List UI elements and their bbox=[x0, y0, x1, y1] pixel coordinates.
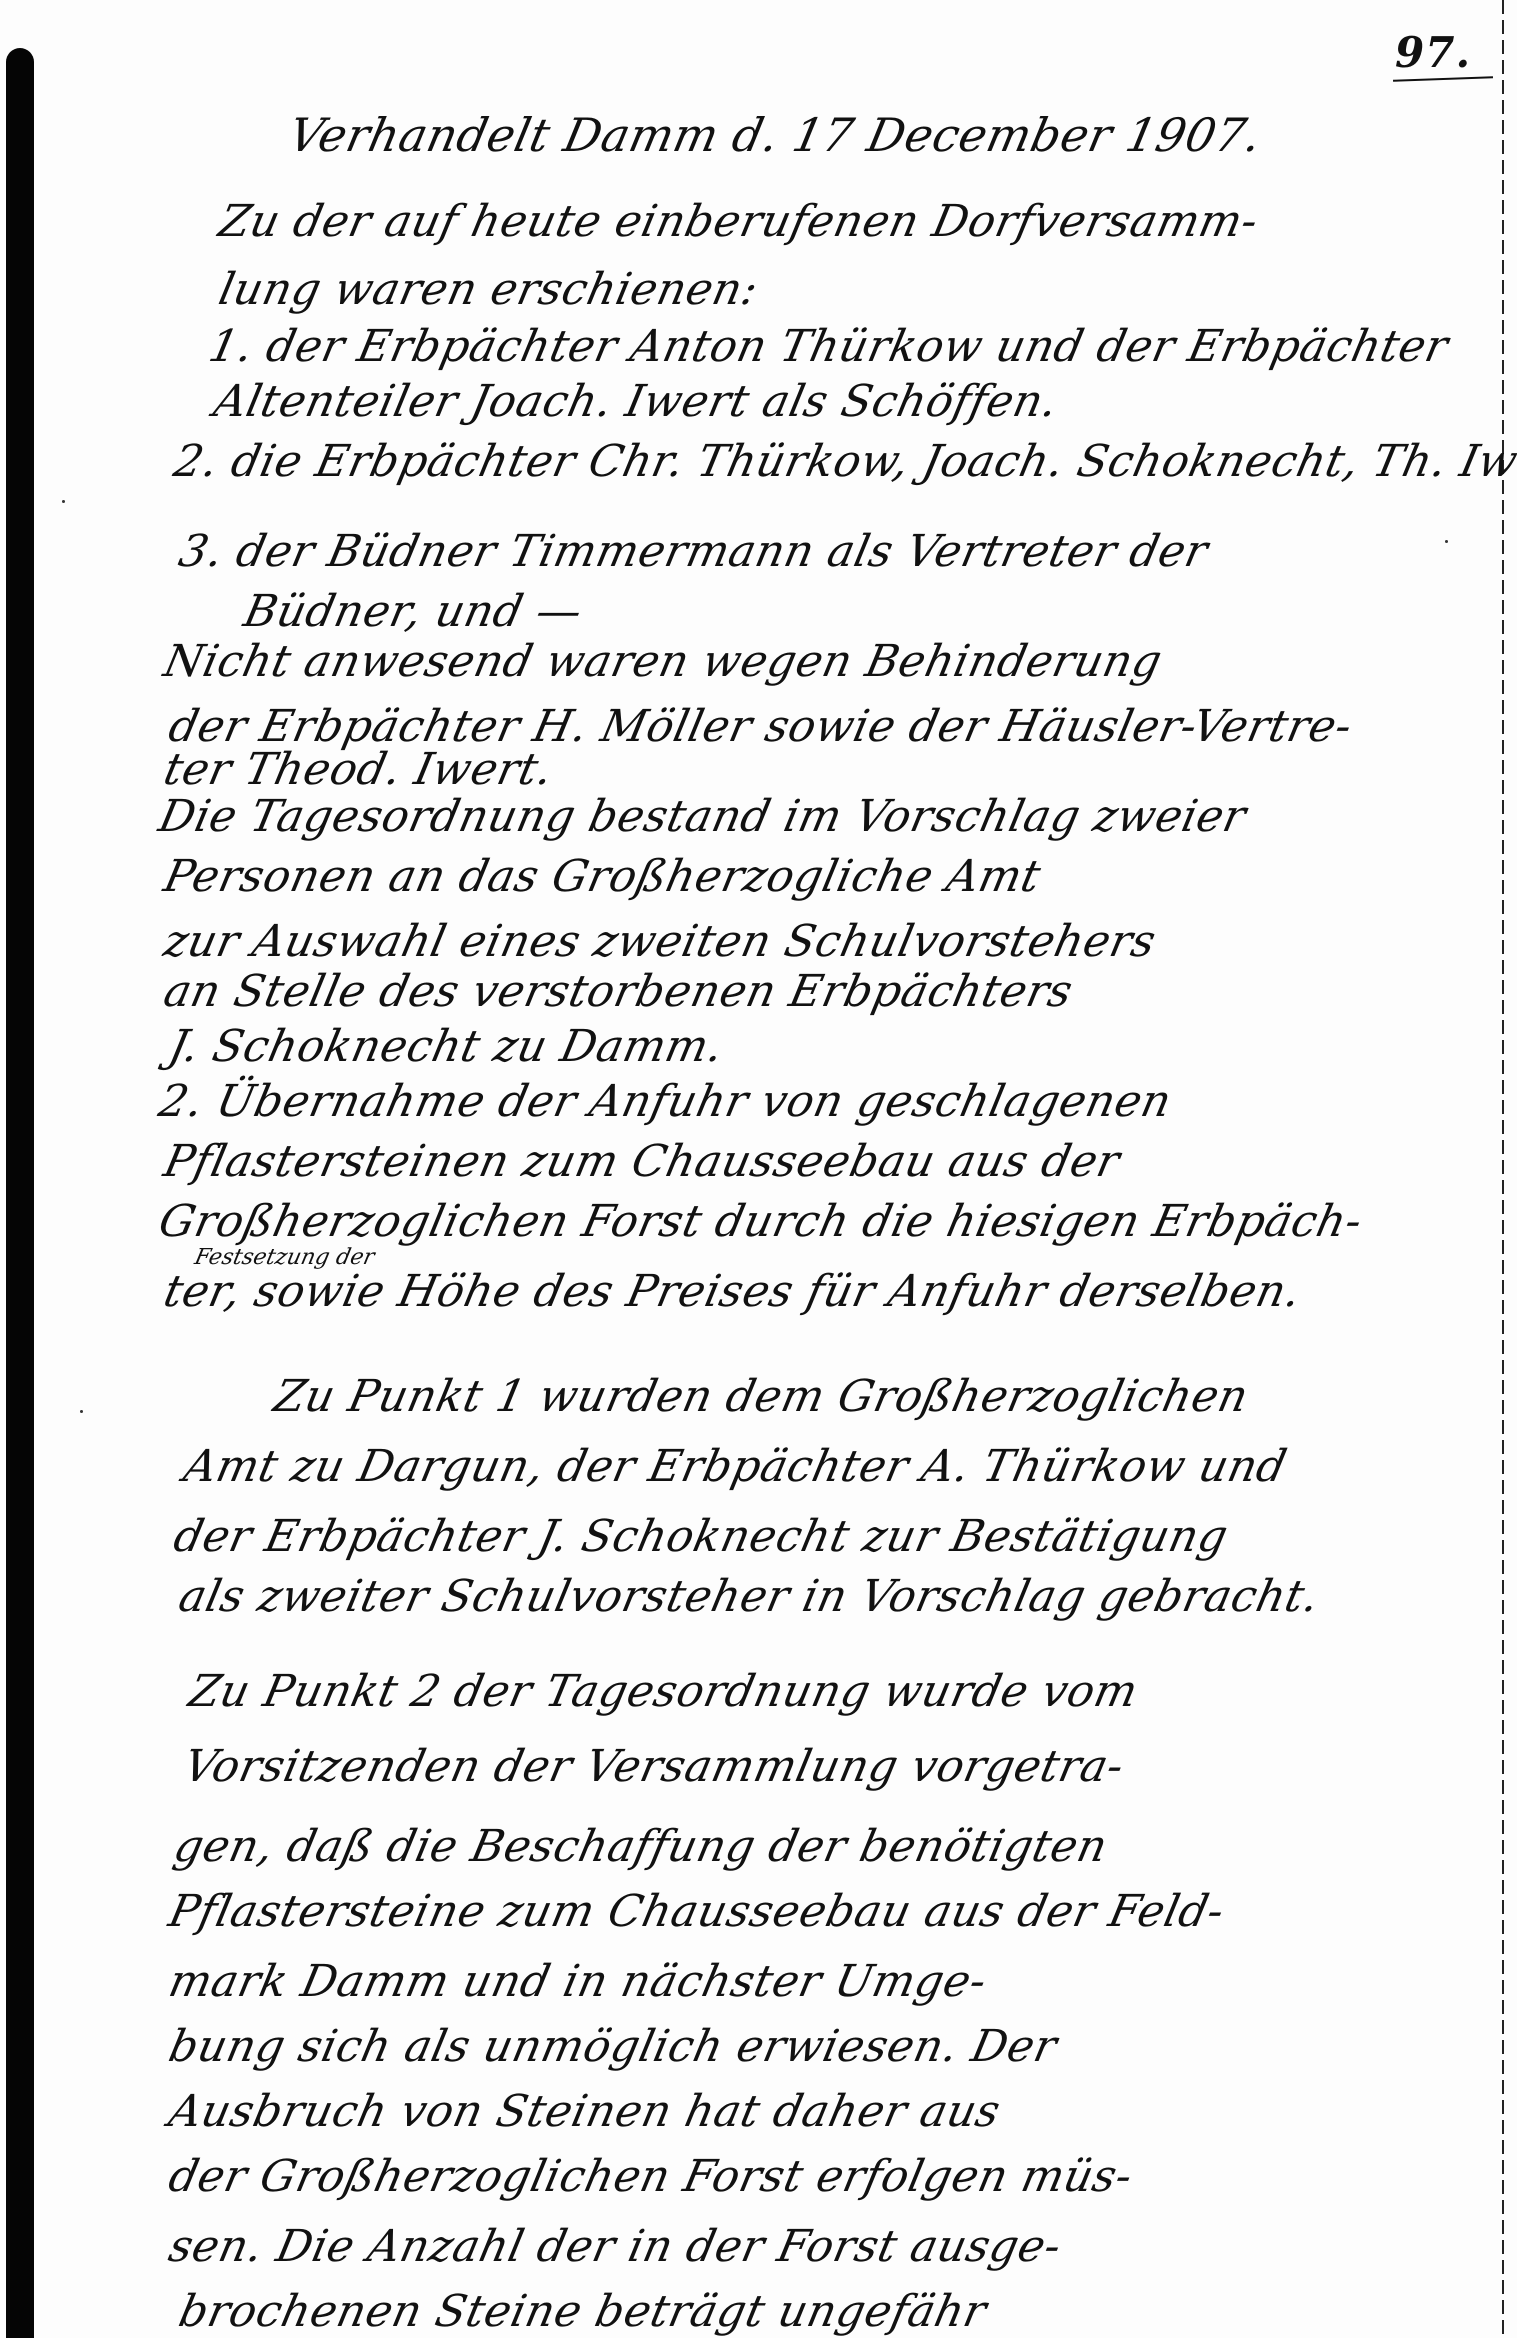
manuscript-line: Zu Punkt 2 der Tagesordnung wurde vom bbox=[185, 1670, 1142, 1714]
manuscript-line: sen. Die Anzahl der in der Forst ausge- bbox=[165, 2225, 1065, 2269]
manuscript-line: Vorsitzenden der Versammlung vorgetra- bbox=[180, 1745, 1128, 1789]
manuscript-line: der Erbpächter H. Möller sowie der Häusl… bbox=[165, 705, 1356, 749]
manuscript-page: 97. Verhandelt Damm d. 17 December 1907.… bbox=[0, 0, 1517, 2338]
manuscript-line: Die Tagesordnung bestand im Vorschlag zw… bbox=[155, 795, 1250, 839]
manuscript-line: Nicht anwesend waren wegen Behinderung bbox=[160, 640, 1166, 684]
manuscript-line: 1. der Erbpächter Anton Thürkow und der … bbox=[205, 325, 1452, 369]
manuscript-line: Altenteiler Joach. Iwert als Schöffen. bbox=[210, 380, 1062, 424]
ink-speck bbox=[1445, 540, 1448, 543]
manuscript-line: zur Auswahl eines zweiten Schulvorsteher… bbox=[160, 920, 1160, 964]
ink-speck bbox=[80, 1410, 83, 1413]
page-number: 97. bbox=[1395, 28, 1471, 77]
manuscript-line: 2. die Erbpächter Chr. Thürkow, Joach. S… bbox=[170, 440, 1517, 484]
manuscript-line: 2. Übernahme der Anfuhr von geschlagenen bbox=[155, 1080, 1175, 1124]
manuscript-line: Großherzoglichen Forst durch die hiesige… bbox=[155, 1200, 1366, 1244]
manuscript-line: der Großherzoglichen Forst erfolgen müs- bbox=[165, 2155, 1136, 2199]
manuscript-line: Zu der auf heute einberufenen Dorfversam… bbox=[215, 200, 1262, 244]
manuscript-line: Pflastersteine zum Chausseebau aus der F… bbox=[165, 1890, 1228, 1934]
page-number-underline bbox=[1393, 76, 1493, 81]
manuscript-line: Ausbruch von Steinen hat daher aus bbox=[165, 2090, 1004, 2134]
correction-insertion: Festsetzung der bbox=[192, 1245, 376, 1270]
binding-edge bbox=[6, 48, 34, 2338]
manuscript-line: an Stelle des verstorbenen Erbpächters bbox=[160, 970, 1076, 1014]
manuscript-line: Pflastersteinen zum Chausseebau aus der bbox=[160, 1140, 1124, 1184]
manuscript-line: J. Schoknecht zu Damm. bbox=[165, 1025, 727, 1069]
manuscript-line: als zweiter Schulvorsteher in Vorschlag … bbox=[175, 1575, 1323, 1619]
manuscript-line: bung sich als unmöglich erwiesen. Der bbox=[165, 2025, 1061, 2069]
manuscript-line: der Erbpächter J. Schoknecht zur Bestäti… bbox=[170, 1515, 1232, 1559]
manuscript-line: Zu Punkt 1 wurden dem Großherzoglichen bbox=[270, 1375, 1252, 1419]
manuscript-line: Amt zu Dargun, der Erbpächter A. Thürkow… bbox=[180, 1445, 1290, 1489]
manuscript-line: mark Damm und in nächster Umge- bbox=[165, 1960, 990, 2004]
manuscript-line: Personen an das Großherzogliche Amt bbox=[160, 855, 1044, 899]
manuscript-line: ter Theod. Iwert. bbox=[160, 748, 557, 792]
manuscript-line: Büdner, und — bbox=[240, 590, 586, 634]
document-heading: Verhandelt Damm d. 17 December 1907. bbox=[285, 112, 1266, 158]
right-margin-rule bbox=[1502, 0, 1504, 2338]
manuscript-line: 3. der Büdner Timmermann als Vertreter d… bbox=[175, 530, 1212, 574]
ink-speck bbox=[62, 500, 65, 503]
manuscript-line: brochenen Steine beträgt ungefähr bbox=[175, 2290, 990, 2334]
manuscript-line: gen, daß die Beschaffung der benötigten bbox=[170, 1825, 1111, 1869]
manuscript-line: ter, sowie Höhe des Preises für Anfuhr d… bbox=[160, 1270, 1305, 1314]
manuscript-line: lung waren erschienen: bbox=[215, 268, 762, 312]
